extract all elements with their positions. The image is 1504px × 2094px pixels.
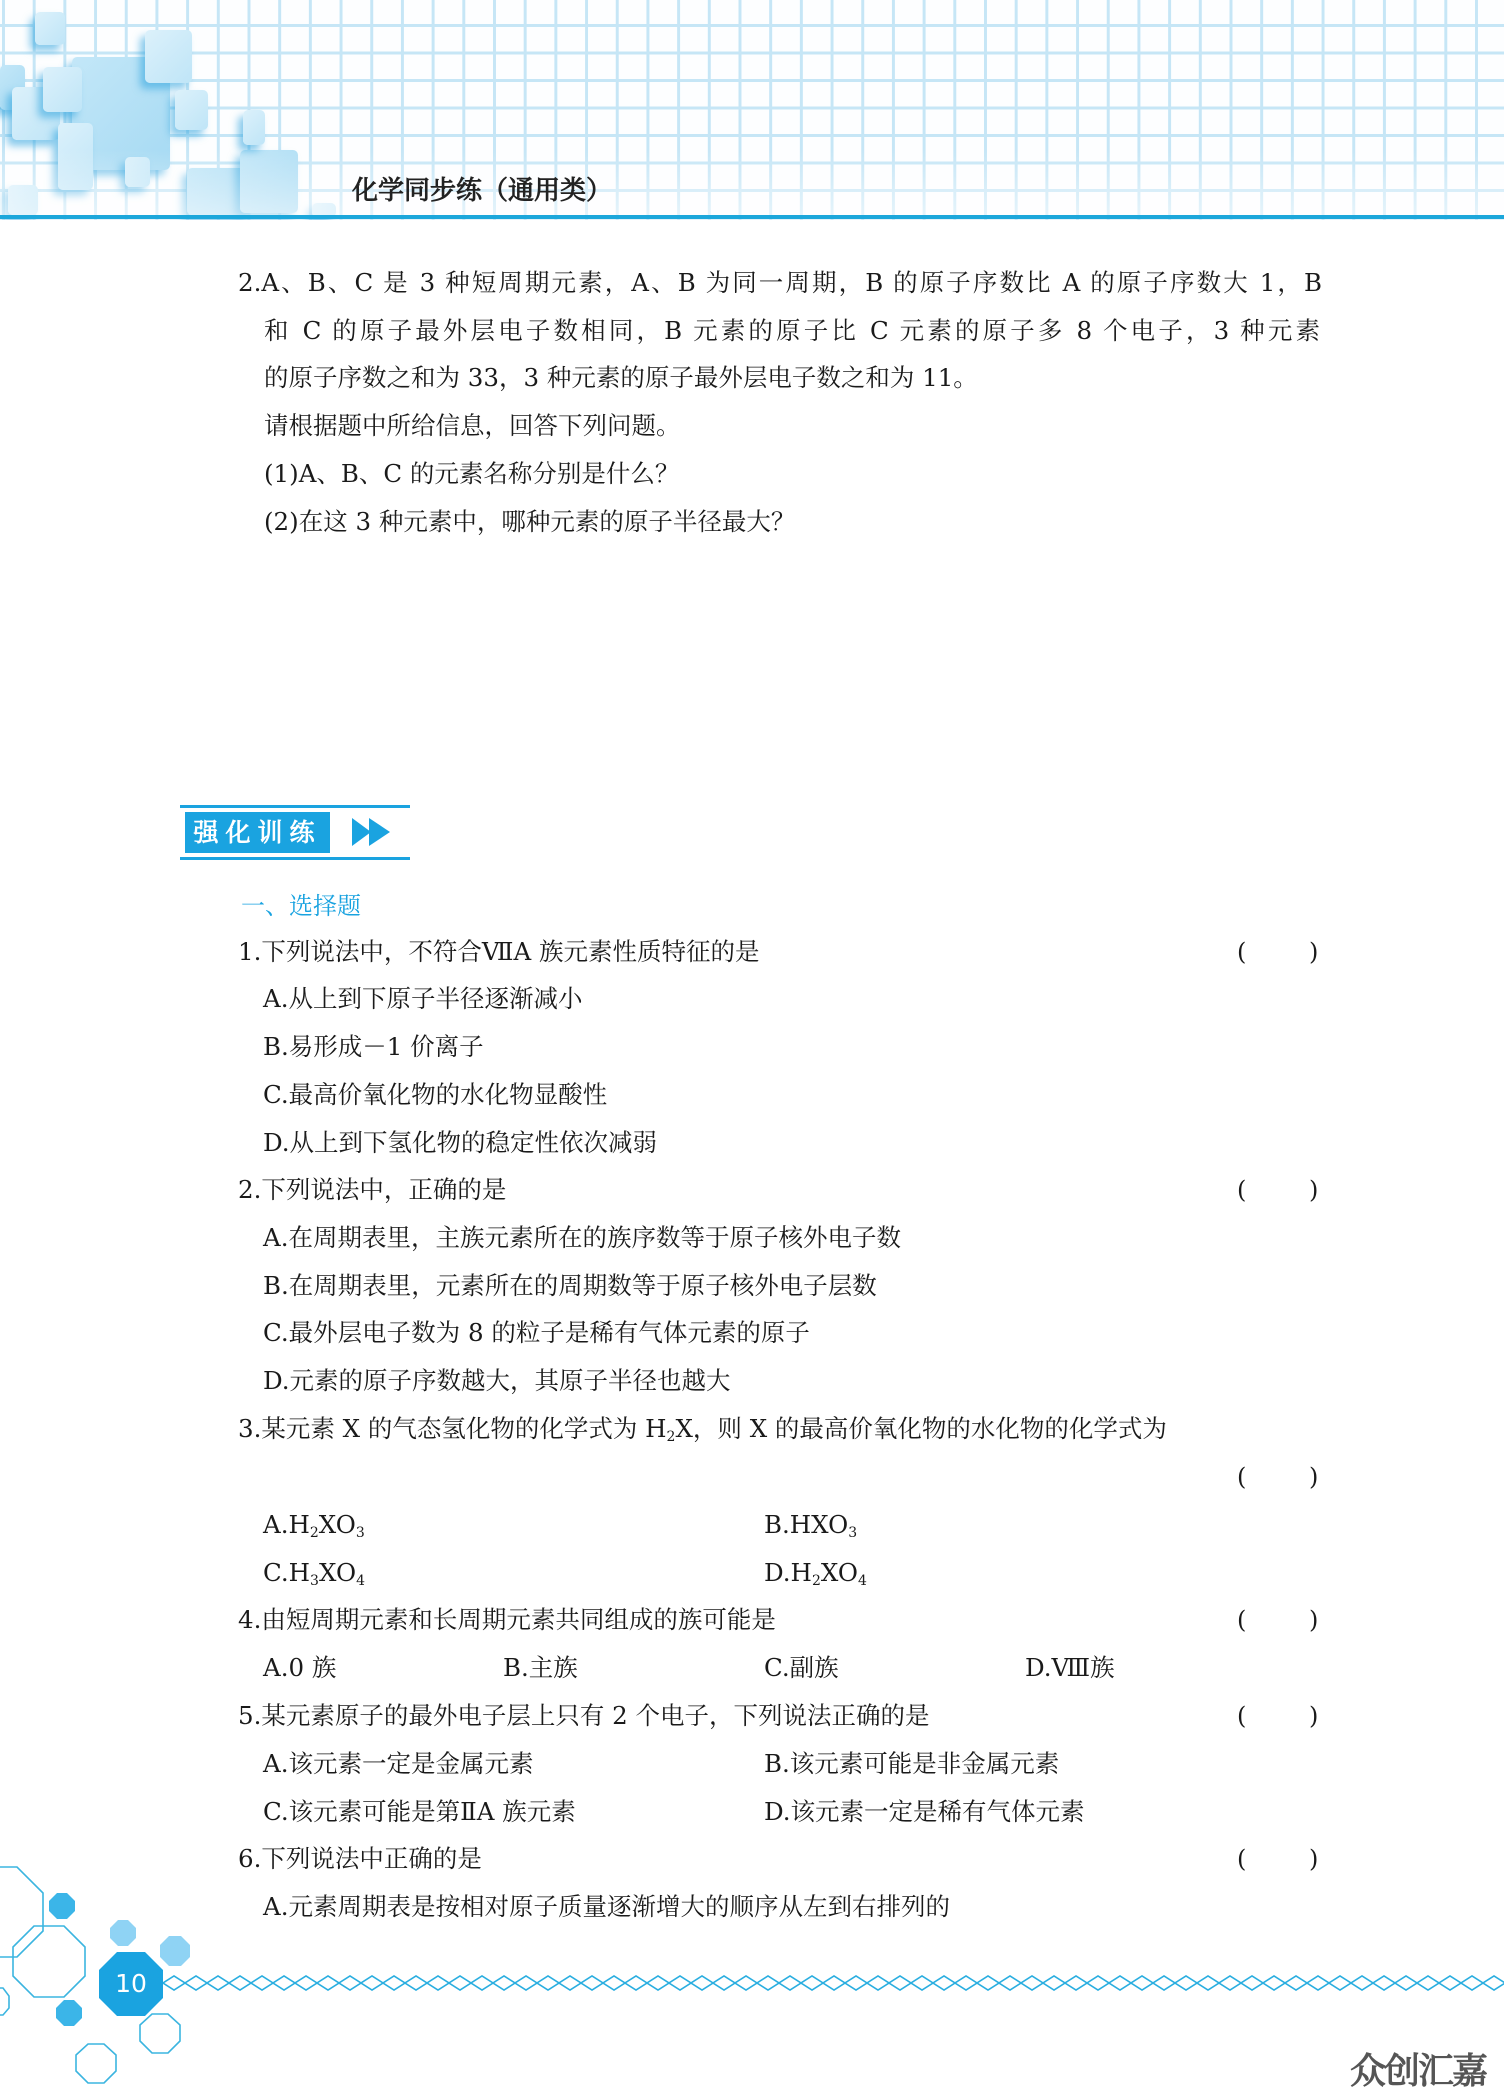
answer-bracket-close: ) bbox=[1309, 937, 1318, 967]
answer-bracket-close: ) bbox=[1309, 1701, 1318, 1731]
option: B.主族 bbox=[503, 1653, 578, 1683]
header-fade bbox=[0, 150, 1504, 216]
answer-bracket-close: ) bbox=[1309, 1605, 1318, 1635]
option: C.副族 bbox=[764, 1653, 839, 1683]
section-title: 一、选择题 bbox=[241, 890, 361, 922]
decor-square bbox=[175, 90, 208, 130]
octagon-outline-icon bbox=[0, 1867, 43, 1957]
option: A.0 族 bbox=[263, 1653, 336, 1683]
subscript: 4 bbox=[858, 1573, 867, 1589]
question-stem: 2.下列说法中，正确的是 bbox=[238, 1175, 506, 1205]
stem-text: 3.某元素 X 的气态氢化物的化学式为 H bbox=[238, 1414, 667, 1443]
octagon-outline-icon bbox=[76, 2044, 116, 2083]
double-arrow-right-icon bbox=[352, 815, 392, 849]
option: D.该元素一定是稀有气体元素 bbox=[764, 1797, 1085, 1827]
stem-text: X，则 X 的最高价氧化物的水化物的化学式为 bbox=[675, 1414, 1166, 1443]
option-text: A.H bbox=[263, 1510, 310, 1539]
option-text: B.HXO bbox=[764, 1510, 848, 1539]
option: D.元素的原子序数越大，其原子半径也越大 bbox=[263, 1366, 731, 1396]
option: C.最高价氧化物的水化物显酸性 bbox=[263, 1080, 607, 1110]
option: C.H3XO4 bbox=[263, 1558, 365, 1588]
option-text: XO bbox=[821, 1558, 858, 1587]
subscript: 3 bbox=[356, 1525, 365, 1541]
subscript: 2 bbox=[812, 1573, 821, 1589]
option: C.该元素可能是第ⅡA 族元素 bbox=[263, 1797, 576, 1827]
question-stem: 4.由短周期元素和长周期元素共同组成的族可能是 bbox=[238, 1605, 776, 1635]
subscript: 3 bbox=[848, 1525, 857, 1541]
answer-bracket-open: ( bbox=[1237, 1462, 1246, 1492]
option: D.H2XO4 bbox=[764, 1558, 867, 1588]
question-text-line: 和 C 的原子最外层电子数相同，B 元素的原子比 C 元素的原子多 8 个电子，… bbox=[264, 316, 1320, 346]
answer-bracket-open: ( bbox=[1237, 1605, 1246, 1635]
answer-bracket-close: ) bbox=[1309, 1462, 1318, 1492]
option: C.最外层电子数为 8 的粒子是稀有气体元素的原子 bbox=[263, 1318, 810, 1348]
option-text: D.H bbox=[764, 1558, 812, 1587]
octagon-filled-icon bbox=[160, 1936, 190, 1966]
answer-bracket-open: ( bbox=[1237, 937, 1246, 967]
decor-square bbox=[145, 30, 192, 83]
footer-decoration bbox=[0, 1840, 1504, 2094]
octagon-filled-icon bbox=[110, 1920, 136, 1946]
answer-bracket-open: ( bbox=[1237, 1701, 1246, 1731]
option: A.该元素一定是金属元素 bbox=[263, 1749, 533, 1779]
option: D.Ⅷ族 bbox=[1025, 1653, 1115, 1683]
banner-rule-top bbox=[180, 805, 410, 808]
option-text: XO bbox=[319, 1558, 356, 1587]
decor-square bbox=[35, 12, 65, 45]
octagon-filled-icon bbox=[49, 1893, 75, 1919]
option: A.H2XO3 bbox=[263, 1510, 365, 1540]
zigzag-border bbox=[163, 1971, 1504, 1995]
subscript: 2 bbox=[310, 1525, 319, 1541]
watermark: 众创汇嘉 bbox=[1350, 2050, 1486, 2094]
page-header bbox=[0, 0, 1504, 220]
octagon-outline-icon bbox=[13, 1926, 85, 1997]
book-title: 化学同步练（通用类） bbox=[352, 174, 612, 208]
header-rule bbox=[0, 215, 1504, 219]
page-number: 10 bbox=[99, 1965, 163, 2003]
option: A.从上到下原子半径逐渐减小 bbox=[263, 984, 582, 1014]
option-text: XO bbox=[319, 1510, 356, 1539]
question-text-line: 的原子序数之和为 33，3 种元素的原子最外层电子数之和为 11。 bbox=[264, 363, 978, 393]
answer-bracket-close: ) bbox=[1309, 1175, 1318, 1205]
octagon-outline-icon bbox=[0, 1988, 9, 2015]
question-stem: 3.某元素 X 的气态氢化物的化学式为 H2X，则 X 的最高价氧化物的水化物的… bbox=[238, 1414, 1167, 1444]
option: B.HXO3 bbox=[764, 1510, 857, 1540]
option: B.在周期表里，元素所在的周期数等于原子核外电子层数 bbox=[263, 1271, 877, 1301]
sub-question: (2)在这 3 种元素中，哪种元素的原子半径最大？ bbox=[264, 507, 795, 537]
option: D.从上到下氢化物的稳定性依次减弱 bbox=[263, 1128, 657, 1158]
answer-bracket-open: ( bbox=[1237, 1175, 1246, 1205]
option-text: C.H bbox=[263, 1558, 310, 1587]
subscript: 4 bbox=[356, 1573, 365, 1589]
octagon-outline-icon bbox=[140, 2014, 180, 2053]
decor-square bbox=[43, 67, 82, 112]
banner-rule-bottom bbox=[180, 857, 410, 860]
question-stem: 5.某元素原子的最外电子层上只有 2 个电子，下列说法正确的是 bbox=[238, 1701, 930, 1731]
decor-square bbox=[243, 110, 265, 145]
option: B.易形成－1 价离子 bbox=[263, 1032, 484, 1062]
option: B.该元素可能是非金属元素 bbox=[764, 1749, 1059, 1779]
question-text-line: 请根据题中所给信息，回答下列问题。 bbox=[264, 411, 681, 441]
octagon-filled-icon bbox=[56, 2000, 82, 2026]
option: A.在周期表里，主族元素所在的族序数等于原子核外电子数 bbox=[263, 1223, 901, 1253]
question-text-line: 2.A、B、C 是 3 种短周期元素，A、B 为同一周期，B 的原子序数比 A … bbox=[238, 268, 1322, 298]
section-banner: 强化训练 bbox=[185, 812, 330, 853]
sub-question: (1)A、B、C 的元素名称分别是什么？ bbox=[264, 459, 679, 489]
subscript: 3 bbox=[310, 1573, 319, 1589]
question-stem: 1.下列说法中，不符合ⅦA 族元素性质特征的是 bbox=[238, 937, 759, 967]
